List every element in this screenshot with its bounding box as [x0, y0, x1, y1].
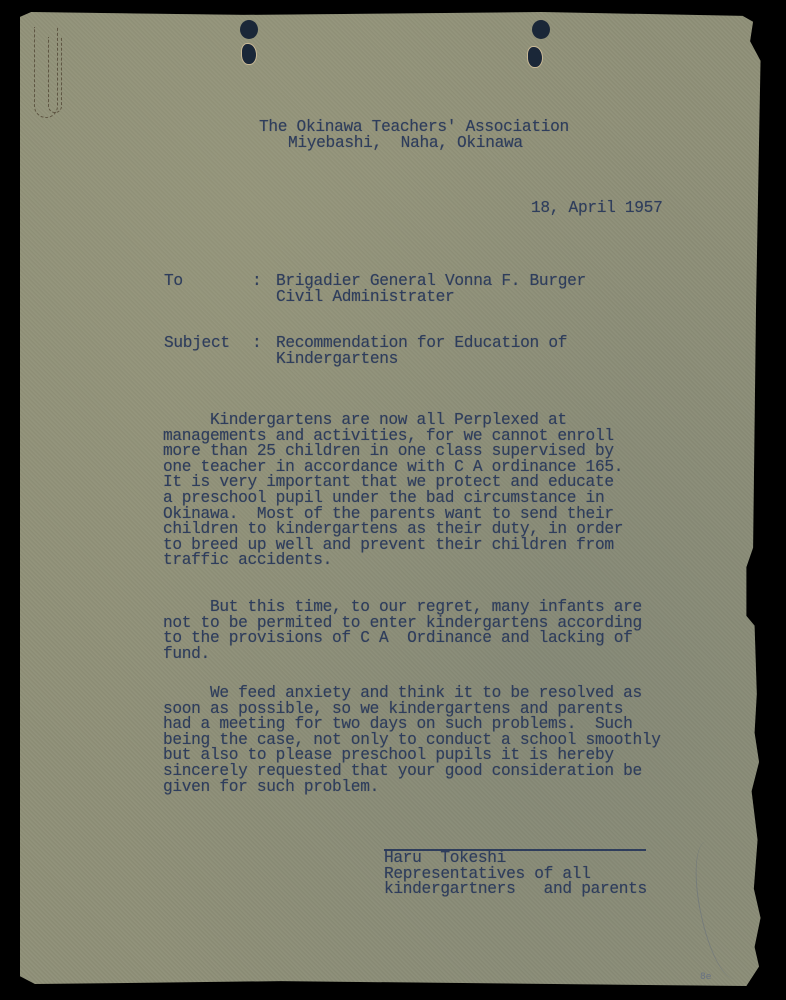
signatory-title-2: kindergartners and parents: [384, 882, 647, 898]
to-recipient: Brigadier General Vonna F. BurgerCivil A…: [276, 274, 586, 305]
pencil-mark-inner: [48, 37, 62, 113]
subject-text: Recommendation for Education ofKindergar…: [276, 336, 567, 367]
punch-tear-left: [242, 44, 256, 64]
letter-date: 18, April 1957: [531, 201, 662, 217]
punch-tear-right: [528, 47, 542, 67]
body-line: traffic accidents.: [163, 553, 623, 569]
body-paragraph-1: Kindergartens are now all Perplexed atma…: [163, 413, 623, 569]
subject-separator: :: [252, 336, 261, 352]
subject-line-2: Kindergartens: [276, 352, 567, 368]
signature-block: Haru TokeshiRepresentatives of allkinder…: [384, 851, 647, 898]
pencil-note: 8e: [700, 972, 711, 982]
body-line: fund.: [163, 647, 642, 663]
recipient-title: Civil Administrater: [276, 290, 586, 306]
body-line: given for such problem.: [163, 780, 661, 796]
letterhead: The Okinawa Teachers' AssociationMiyebas…: [259, 120, 569, 151]
to-separator: :: [252, 274, 261, 290]
punch-hole-left: [240, 20, 258, 39]
body-paragraph-2: But this time, to our regret, many infan…: [163, 600, 642, 662]
body-paragraph-3: We feed anxiety and think it to be resol…: [163, 686, 661, 795]
subject-label: Subject: [164, 336, 230, 352]
letterhead-address: Miyebashi, Naha, Okinawa: [259, 136, 569, 152]
body-line: to the provisions of C A Ordinance and l…: [163, 631, 642, 647]
to-label: To: [164, 274, 183, 290]
punch-hole-right: [532, 20, 550, 39]
